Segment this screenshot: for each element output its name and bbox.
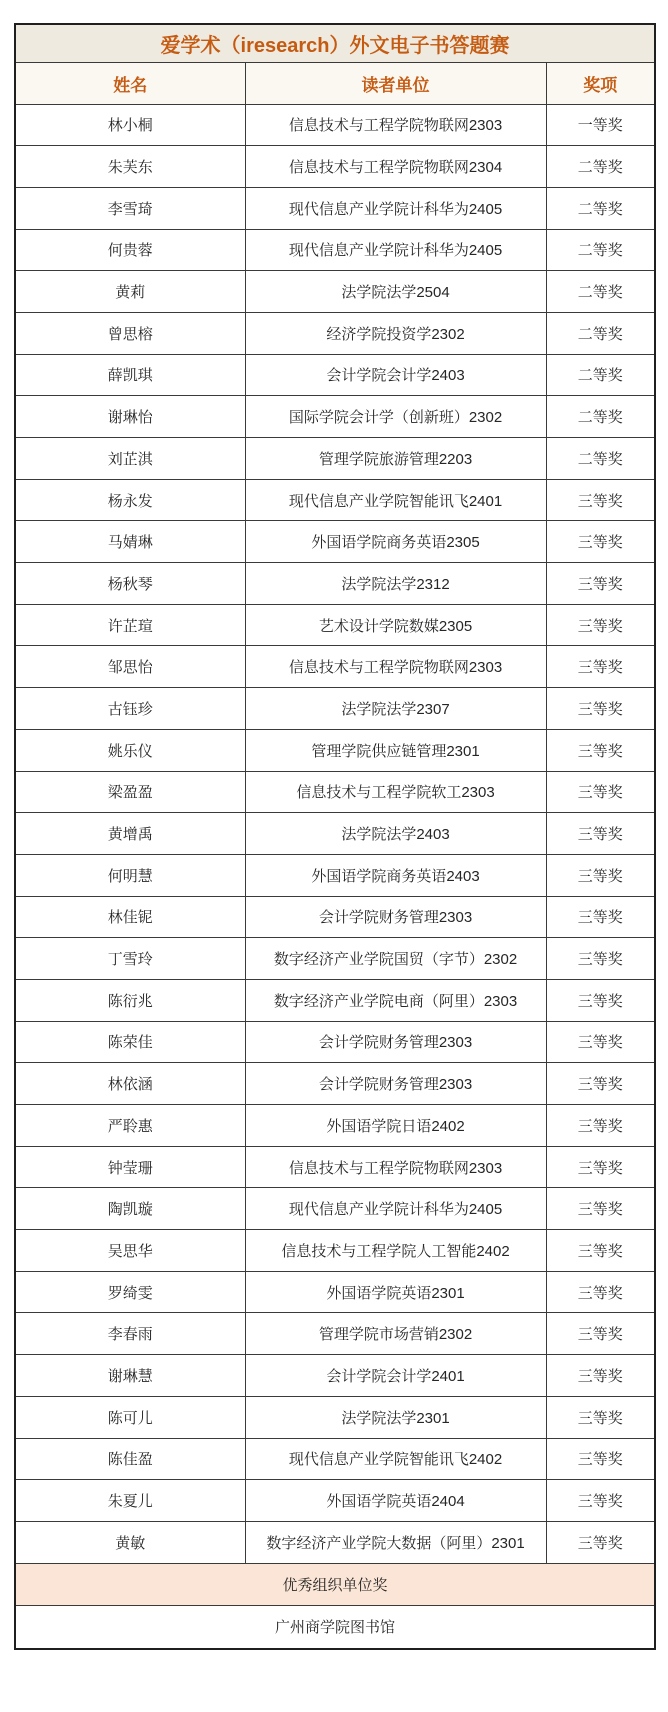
cell-unit: 信息技术与工程学院物联网2304 (245, 146, 546, 188)
cell-unit: 法学院法学2312 (245, 563, 546, 605)
cell-award: 三等奖 (546, 521, 655, 563)
table-row: 姚乐仪管理学院供应链管理2301三等奖 (15, 729, 655, 771)
cell-name: 严聆惠 (15, 1105, 245, 1147)
column-header-name: 姓名 (15, 62, 245, 104)
table-row: 林小桐信息技术与工程学院物联网2303一等奖 (15, 104, 655, 146)
cell-award: 三等奖 (546, 1188, 655, 1230)
table-row: 谢琳怡国际学院会计学（创新班）2302二等奖 (15, 396, 655, 438)
cell-unit: 外国语学院英语2301 (245, 1271, 546, 1313)
cell-unit: 信息技术与工程学院物联网2303 (245, 646, 546, 688)
cell-award: 二等奖 (546, 229, 655, 271)
cell-name: 李春雨 (15, 1313, 245, 1355)
cell-unit: 现代信息产业学院智能讯飞2402 (245, 1438, 546, 1480)
cell-unit: 经济学院投资学2302 (245, 312, 546, 354)
cell-award: 二等奖 (546, 312, 655, 354)
cell-award: 三等奖 (546, 1438, 655, 1480)
table-body: 林小桐信息技术与工程学院物联网2303一等奖朱芙东信息技术与工程学院物联网230… (15, 104, 655, 1563)
cell-unit: 法学院法学2403 (245, 813, 546, 855)
table-row: 林佳铌会计学院财务管理2303三等奖 (15, 896, 655, 938)
cell-name: 谢琳怡 (15, 396, 245, 438)
cell-name: 刘芷淇 (15, 438, 245, 480)
table-row: 陶凯璇现代信息产业学院计科华为2405三等奖 (15, 1188, 655, 1230)
cell-name: 杨秋琴 (15, 563, 245, 605)
cell-name: 朱芙东 (15, 146, 245, 188)
cell-name: 姚乐仪 (15, 729, 245, 771)
table-header-row: 姓名 读者单位 奖项 (15, 62, 655, 104)
cell-name: 陈可儿 (15, 1396, 245, 1438)
table-row: 薛凯琪会计学院会计学2403二等奖 (15, 354, 655, 396)
cell-award: 三等奖 (546, 771, 655, 813)
cell-award: 三等奖 (546, 979, 655, 1021)
cell-name: 陶凯璇 (15, 1188, 245, 1230)
column-header-award: 奖项 (546, 62, 655, 104)
cell-award: 三等奖 (546, 896, 655, 938)
cell-unit: 信息技术与工程学院物联网2303 (245, 104, 546, 146)
cell-award: 一等奖 (546, 104, 655, 146)
cell-name: 李雪琦 (15, 187, 245, 229)
cell-unit: 管理学院旅游管理2203 (245, 438, 546, 480)
cell-unit: 会计学院财务管理2303 (245, 1063, 546, 1105)
cell-award: 三等奖 (546, 729, 655, 771)
cell-name: 曾思榕 (15, 312, 245, 354)
table-row: 朱芙东信息技术与工程学院物联网2304二等奖 (15, 146, 655, 188)
award-table: 爱学术（iresearch）外文电子书答题赛 姓名 读者单位 奖项 林小桐信息技… (14, 23, 656, 1650)
cell-award: 三等奖 (546, 1105, 655, 1147)
cell-unit: 会计学院会计学2401 (245, 1355, 546, 1397)
table-row: 谢琳慧会计学院会计学2401三等奖 (15, 1355, 655, 1397)
table-row: 严聆惠外国语学院日语2402三等奖 (15, 1105, 655, 1147)
table-row: 黄增禹法学院法学2403三等奖 (15, 813, 655, 855)
cell-name: 林依涵 (15, 1063, 245, 1105)
table-row: 何明慧外国语学院商务英语2403三等奖 (15, 854, 655, 896)
cell-unit: 外国语学院商务英语2305 (245, 521, 546, 563)
table-row: 黄敏数字经济产业学院大数据（阿里）2301三等奖 (15, 1521, 655, 1563)
cell-award: 三等奖 (546, 1271, 655, 1313)
cell-unit: 数字经济产业学院电商（阿里）2303 (245, 979, 546, 1021)
cell-unit: 会计学院财务管理2303 (245, 896, 546, 938)
cell-name: 薛凯琪 (15, 354, 245, 396)
cell-unit: 数字经济产业学院国贸（字节）2302 (245, 938, 546, 980)
org-award-row: 优秀组织单位奖 (15, 1563, 655, 1605)
table-row: 丁雪玲数字经济产业学院国贸（字节）2302三等奖 (15, 938, 655, 980)
table-row: 朱夏儿外国语学院英语2404三等奖 (15, 1480, 655, 1522)
cell-award: 二等奖 (546, 187, 655, 229)
table-row: 李春雨管理学院市场营销2302三等奖 (15, 1313, 655, 1355)
award-results-page: 爱学术（iresearch）外文电子书答题赛 姓名 读者单位 奖项 林小桐信息技… (0, 0, 668, 1712)
cell-award: 二等奖 (546, 271, 655, 313)
cell-name: 黄莉 (15, 271, 245, 313)
table-row: 何贵蓉现代信息产业学院计科华为2405二等奖 (15, 229, 655, 271)
cell-unit: 信息技术与工程学院人工智能2402 (245, 1230, 546, 1272)
cell-award: 三等奖 (546, 1355, 655, 1397)
cell-award: 三等奖 (546, 1313, 655, 1355)
cell-unit: 现代信息产业学院计科华为2405 (245, 187, 546, 229)
cell-name: 黄敏 (15, 1521, 245, 1563)
cell-name: 谢琳慧 (15, 1355, 245, 1397)
cell-award: 三等奖 (546, 1146, 655, 1188)
table-title: 爱学术（iresearch）外文电子书答题赛 (15, 24, 655, 62)
table-row: 陈荣佳会计学院财务管理2303三等奖 (15, 1021, 655, 1063)
cell-name: 黄增禹 (15, 813, 245, 855)
table-row: 邹思怡信息技术与工程学院物联网2303三等奖 (15, 646, 655, 688)
cell-award: 二等奖 (546, 354, 655, 396)
cell-award: 三等奖 (546, 563, 655, 605)
table-row: 罗绮雯外国语学院英语2301三等奖 (15, 1271, 655, 1313)
cell-name: 杨永发 (15, 479, 245, 521)
cell-award: 二等奖 (546, 438, 655, 480)
cell-unit: 外国语学院英语2404 (245, 1480, 546, 1522)
table-row: 古钰珍法学院法学2307三等奖 (15, 688, 655, 730)
cell-award: 三等奖 (546, 1063, 655, 1105)
cell-unit: 现代信息产业学院计科华为2405 (245, 1188, 546, 1230)
table-row: 陈可儿法学院法学2301三等奖 (15, 1396, 655, 1438)
table-row: 吴思华信息技术与工程学院人工智能2402三等奖 (15, 1230, 655, 1272)
cell-unit: 艺术设计学院数媒2305 (245, 604, 546, 646)
cell-name: 朱夏儿 (15, 1480, 245, 1522)
cell-unit: 现代信息产业学院计科华为2405 (245, 229, 546, 271)
table-row: 林依涵会计学院财务管理2303三等奖 (15, 1063, 655, 1105)
cell-name: 陈衍兆 (15, 979, 245, 1021)
table-row: 杨秋琴法学院法学2312三等奖 (15, 563, 655, 605)
table-row: 陈衍兆数字经济产业学院电商（阿里）2303三等奖 (15, 979, 655, 1021)
cell-name: 何贵蓉 (15, 229, 245, 271)
org-award-winner: 广州商学院图书馆 (15, 1605, 655, 1649)
table-row: 许芷瑄艺术设计学院数媒2305三等奖 (15, 604, 655, 646)
table-row: 曾思榕经济学院投资学2302二等奖 (15, 312, 655, 354)
table-row: 马婧琳外国语学院商务英语2305三等奖 (15, 521, 655, 563)
cell-name: 林佳铌 (15, 896, 245, 938)
cell-name: 钟莹珊 (15, 1146, 245, 1188)
cell-award: 二等奖 (546, 146, 655, 188)
cell-award: 三等奖 (546, 938, 655, 980)
column-header-unit: 读者单位 (245, 62, 546, 104)
cell-award: 三等奖 (546, 854, 655, 896)
cell-name: 罗绮雯 (15, 1271, 245, 1313)
cell-award: 三等奖 (546, 1480, 655, 1522)
table-row: 梁盈盈信息技术与工程学院软工2303三等奖 (15, 771, 655, 813)
cell-unit: 法学院法学2307 (245, 688, 546, 730)
cell-unit: 现代信息产业学院智能讯飞2401 (245, 479, 546, 521)
cell-name: 陈荣佳 (15, 1021, 245, 1063)
cell-award: 三等奖 (546, 1230, 655, 1272)
table-row: 黄莉法学院法学2504二等奖 (15, 271, 655, 313)
cell-award: 三等奖 (546, 1521, 655, 1563)
cell-unit: 外国语学院日语2402 (245, 1105, 546, 1147)
cell-unit: 管理学院市场营销2302 (245, 1313, 546, 1355)
table-row: 陈佳盈现代信息产业学院智能讯飞2402三等奖 (15, 1438, 655, 1480)
cell-unit: 会计学院财务管理2303 (245, 1021, 546, 1063)
org-award-winner-row: 广州商学院图书馆 (15, 1605, 655, 1649)
cell-name: 林小桐 (15, 104, 245, 146)
cell-award: 三等奖 (546, 688, 655, 730)
cell-unit: 管理学院供应链管理2301 (245, 729, 546, 771)
cell-name: 邹思怡 (15, 646, 245, 688)
cell-name: 陈佳盈 (15, 1438, 245, 1480)
table-row: 李雪琦现代信息产业学院计科华为2405二等奖 (15, 187, 655, 229)
cell-award: 三等奖 (546, 813, 655, 855)
cell-unit: 法学院法学2504 (245, 271, 546, 313)
cell-name: 马婧琳 (15, 521, 245, 563)
table-title-row: 爱学术（iresearch）外文电子书答题赛 (15, 24, 655, 62)
cell-unit: 信息技术与工程学院物联网2303 (245, 1146, 546, 1188)
cell-award: 二等奖 (546, 396, 655, 438)
cell-unit: 外国语学院商务英语2403 (245, 854, 546, 896)
cell-name: 许芷瑄 (15, 604, 245, 646)
cell-unit: 国际学院会计学（创新班）2302 (245, 396, 546, 438)
cell-name: 吴思华 (15, 1230, 245, 1272)
cell-name: 何明慧 (15, 854, 245, 896)
table-row: 钟莹珊信息技术与工程学院物联网2303三等奖 (15, 1146, 655, 1188)
cell-unit: 会计学院会计学2403 (245, 354, 546, 396)
cell-award: 三等奖 (546, 604, 655, 646)
org-award-label: 优秀组织单位奖 (15, 1563, 655, 1605)
cell-name: 古钰珍 (15, 688, 245, 730)
cell-award: 三等奖 (546, 1396, 655, 1438)
table-row: 杨永发现代信息产业学院智能讯飞2401三等奖 (15, 479, 655, 521)
cell-name: 丁雪玲 (15, 938, 245, 980)
cell-name: 梁盈盈 (15, 771, 245, 813)
cell-unit: 信息技术与工程学院软工2303 (245, 771, 546, 813)
cell-unit: 数字经济产业学院大数据（阿里）2301 (245, 1521, 546, 1563)
cell-award: 三等奖 (546, 1021, 655, 1063)
cell-award: 三等奖 (546, 479, 655, 521)
table-row: 刘芷淇管理学院旅游管理2203二等奖 (15, 438, 655, 480)
cell-unit: 法学院法学2301 (245, 1396, 546, 1438)
cell-award: 三等奖 (546, 646, 655, 688)
